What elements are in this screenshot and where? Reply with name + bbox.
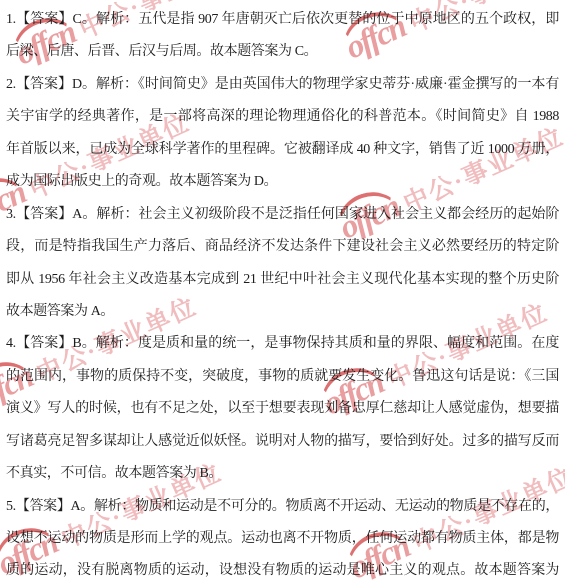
- answer-line: 后梁、后唐、后晋、后汉与后周。故本题答案为 C。: [6, 36, 559, 68]
- answer-line: 4.【答案】B。解析：度是质和量的统一，是事物保持其质和量的界限、幅度和范围。在…: [6, 328, 559, 360]
- answer-line: 写诸葛亮足智多谋却让人感觉近似妖怪。说明对人物的描写，要恰到好处。过多的描写反而: [6, 426, 559, 458]
- answer-line: 1.【答案】C。解析：五代是指 907 年唐朝灭亡后依次更替的位于中原地区的五个…: [6, 4, 559, 36]
- answer-item-1: 1.【答案】C。解析：五代是指 907 年唐朝灭亡后依次更替的位于中原地区的五个…: [6, 4, 559, 69]
- answer-item-5: 5.【答案】A。解析：物质和运动是不可分的。物质离不开运动、无运动的物质是不存在…: [6, 491, 559, 584]
- answer-line: 3.【答案】A。解析：社会主义初级阶段不是泛指任何国家进入社会主义都会经历的起始…: [6, 199, 559, 231]
- answer-line: 不真实，不可信。故本题答案为 B。: [6, 458, 559, 490]
- answer-line: 关宇宙学的经典著作，是一部将高深的理论物理通俗化的科普范本。《时间简史》自 19…: [6, 101, 559, 133]
- answer-item-2: 2.【答案】D。解析：《时间简史》是由英国伟大的物理学家史蒂芬·威廉·霍金撰写的…: [6, 69, 559, 199]
- answer-line: 段，而是特指我国生产力落后、商品经济不发达条件下建设社会主义必然要经历的特定阶段…: [6, 231, 559, 263]
- answer-line: 2.【答案】D。解析：《时间简史》是由英国伟大的物理学家史蒂芬·威廉·霍金撰写的…: [6, 69, 559, 101]
- answer-line: 设想不运动的物质是形而上学的观点。运动也离不开物质，任何运动都有物质主体，都是物: [6, 523, 559, 555]
- answer-item-3: 3.【答案】A。解析：社会主义初级阶段不是泛指任何国家进入社会主义都会经历的起始…: [6, 199, 559, 329]
- answer-line: 成为国际出版史上的奇观。故本题答案为 D。: [6, 166, 559, 198]
- answer-line: 的范围内，事物的质保持不变，突破度，事物的质就要发生变化。鲁迅这句话是说：《三国: [6, 361, 559, 393]
- answer-line: 质的运动，没有脱离物质的运动，设想没有物质的运动是唯心主义的观点。故本题答案为 …: [6, 555, 559, 584]
- answer-line: 年首版以来，已成为全球科学著作的里程碑。它被翻译成 40 种文字，销售了近 10…: [6, 134, 559, 166]
- document-page: offcn 中公·事业单位 offcn 中公·事业单位 offcn 中公·事业单…: [0, 0, 565, 584]
- answer-item-4: 4.【答案】B。解析：度是质和量的统一，是事物保持其质和量的界限、幅度和范围。在…: [6, 328, 559, 490]
- answer-explanations: 1.【答案】C。解析：五代是指 907 年唐朝灭亡后依次更替的位于中原地区的五个…: [0, 0, 565, 584]
- answer-line: 即从 1956 年社会主义改造基本完成到 21 世纪中叶社会主义现代化基本实现的…: [6, 264, 559, 296]
- answer-line: 演义》写人的时候，也有不足之处，以至于想要表现刘备忠厚仁慈却让人感觉虚伪，想要描: [6, 393, 559, 425]
- answer-line: 故本题答案为 A。: [6, 296, 559, 328]
- answer-line: 5.【答案】A。解析：物质和运动是不可分的。物质离不开运动、无运动的物质是不存在…: [6, 491, 559, 523]
